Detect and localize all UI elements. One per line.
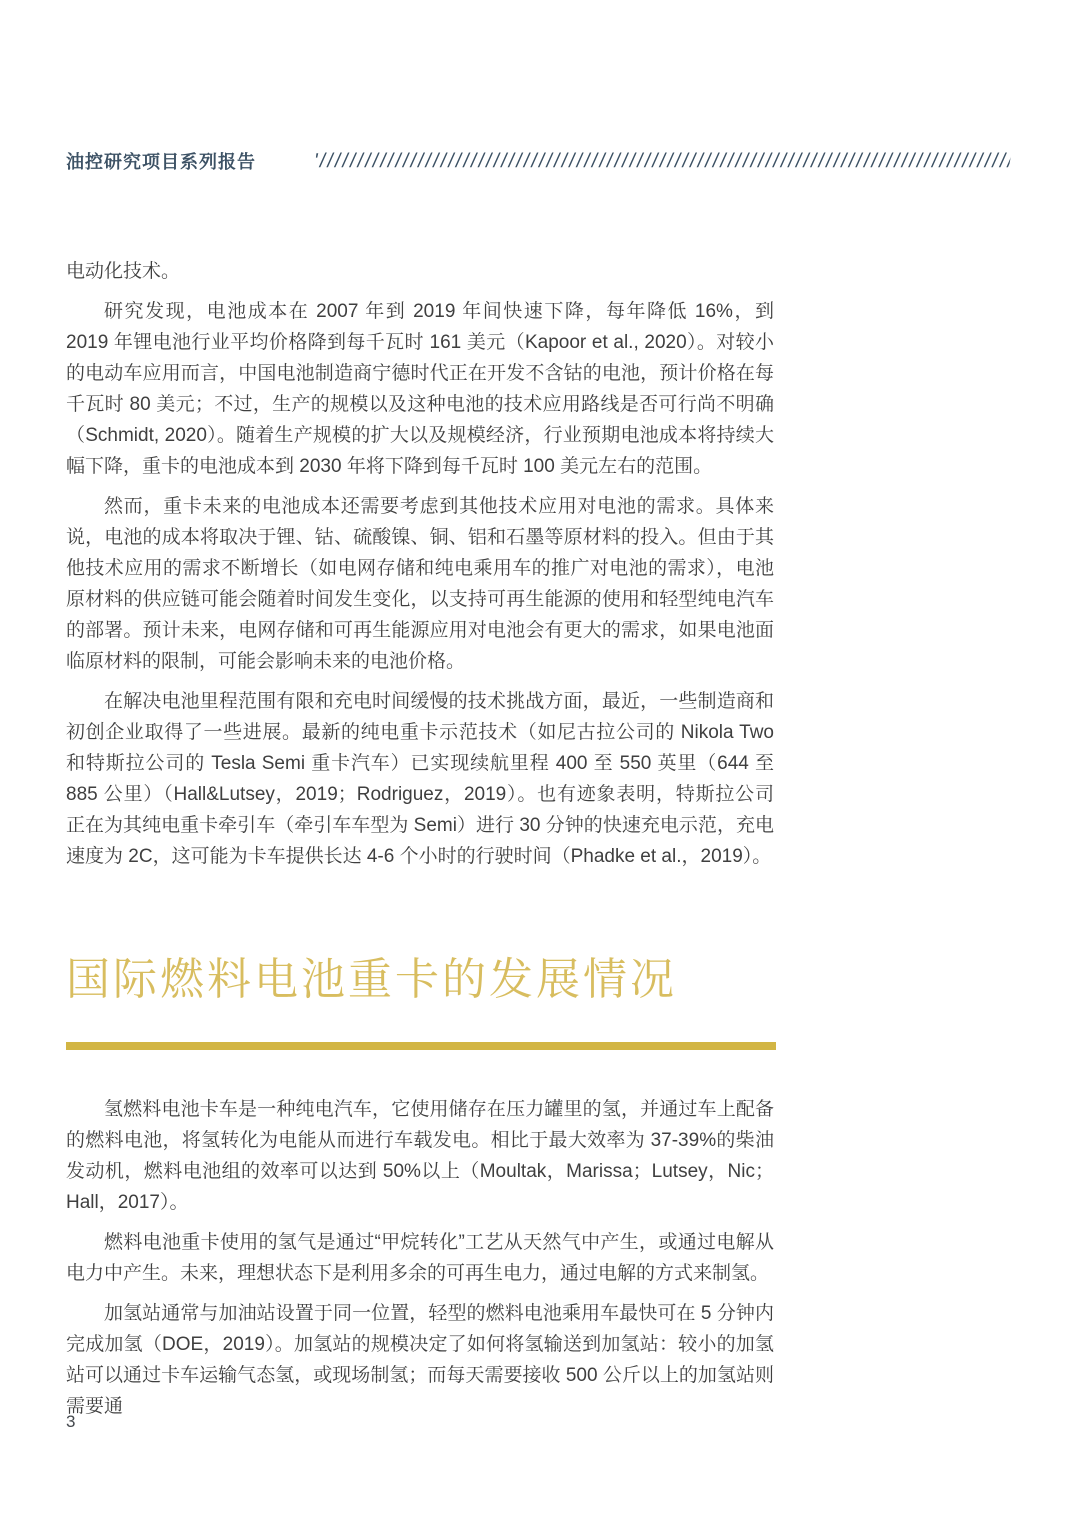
- page-number: 3: [66, 1412, 75, 1432]
- slash-pattern-decoration: '///////////////////////////////////////…: [312, 150, 1012, 172]
- paragraph-refueling-station: 加氢站通常与加油站设置于同一位置，轻型的燃料电池乘用车最快可在 5 分钟内完成加…: [66, 1298, 774, 1422]
- article-body: 电动化技术。 研究发现，电池成本在 2007 年到 2019 年间快速下降，每年…: [66, 256, 774, 1431]
- paragraph-hydrogen-source: 燃料电池重卡使用的氢气是通过“甲烷转化”工艺从天然气中产生，或通过电解从电力中产…: [66, 1227, 774, 1289]
- paragraph-fuel-cell-intro: 氢燃料电池卡车是一种纯电汽车，它使用储存在压力罐里的氢，并通过车上配备的燃料电池…: [66, 1094, 774, 1218]
- paragraph-battery-cost: 研究发现，电池成本在 2007 年到 2019 年间快速下降，每年降低 16%，…: [66, 296, 774, 482]
- section-heading-rule: [66, 1042, 776, 1050]
- report-page: 油控研究项目系列报告 '////////////////////////////…: [0, 0, 1080, 1527]
- paragraph-demonstration: 在解决电池里程范围有限和充电时间缓慢的技术挑战方面，最近，一些制造商和初创企业取…: [66, 686, 774, 872]
- paragraph-continuation: 电动化技术。: [66, 256, 774, 287]
- section-heading: 国际燃料电池重卡的发展情况: [66, 954, 774, 1006]
- report-series-label: 油控研究项目系列报告: [66, 148, 256, 174]
- paragraph-material-demand: 然而，重卡未来的电池成本还需要考虑到其他技术应用对电池的需求。具体来说，电池的成…: [66, 491, 774, 677]
- page-header: 油控研究项目系列报告 '////////////////////////////…: [66, 148, 1010, 174]
